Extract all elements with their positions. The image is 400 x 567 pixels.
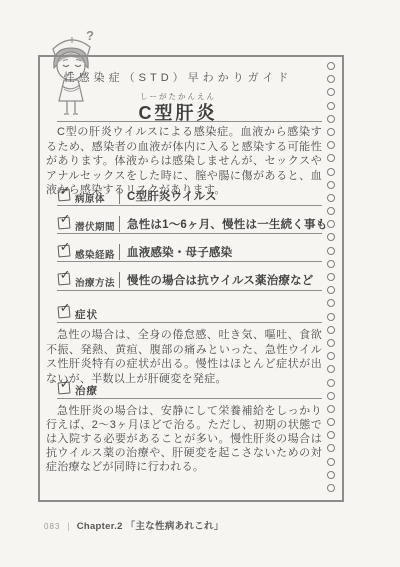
row-divider — [119, 272, 120, 288]
checkbox-icon: ✓ — [57, 305, 70, 318]
binder-hole — [327, 102, 335, 110]
section-treatment-heading: ✓ 治療 — [40, 381, 322, 399]
binder-hole — [327, 471, 335, 479]
binder-hole — [327, 273, 335, 281]
binder-hole — [327, 484, 335, 492]
info-row-value: C型肝炎ウイルス — [127, 188, 217, 204]
binder-hole — [327, 168, 335, 176]
section-heading-label: 症状 — [75, 307, 98, 322]
footer-divider: | — [67, 521, 69, 531]
binder-hole — [327, 405, 335, 413]
checkbox-icon: ✓ — [57, 381, 70, 394]
checkbox-icon: ✓ — [57, 188, 70, 201]
checkbox-icon: ✓ — [57, 272, 70, 285]
info-card-panel: 性感染症（STD）早わかりガイド しーがたかんえん C型肝炎 C型の肝炎ウイルス… — [38, 55, 344, 502]
title-rule — [57, 121, 322, 122]
symptoms-paragraph: 急性の場合は、全身の倦怠感、吐き気、嘔吐、食欲不振、発熱、黄疸、腹部の痛みといっ… — [46, 328, 322, 386]
page-number: 083 — [44, 522, 60, 531]
row-rule — [57, 233, 322, 234]
row-divider — [119, 188, 120, 204]
binder-hole — [327, 418, 335, 426]
info-row-value: 慢性の場合は抗ウイルス薬治療など — [127, 272, 314, 288]
guide-header: 性感染症（STD）早わかりガイド — [40, 69, 316, 85]
binder-hole — [327, 431, 335, 439]
binder-hole — [327, 88, 335, 96]
binder-hole — [327, 181, 335, 189]
binder-hole — [327, 220, 335, 228]
checkbox-icon: ✓ — [57, 244, 70, 257]
info-row-treatment-method: ✓ 治療方法 慢性の場合は抗ウイルス薬治療など — [40, 272, 322, 290]
binder-hole — [327, 207, 335, 215]
binder-hole — [327, 458, 335, 466]
binder-hole — [327, 141, 335, 149]
binder-hole — [327, 286, 335, 294]
binder-hole — [327, 392, 335, 400]
binder-hole — [327, 260, 335, 268]
section-rule — [57, 398, 322, 399]
binder-hole — [327, 339, 335, 347]
section-symptoms-heading: ✓ 症状 — [40, 305, 322, 323]
binder-hole — [327, 154, 335, 162]
info-row-label: 潜伏期間 — [75, 219, 121, 233]
info-row-label: 病原体 — [75, 191, 121, 205]
scanned-book-page: ? 性感染症（STD）早わかりガイド しーがたかんえん C型肝炎 — [0, 0, 400, 567]
binder-hole — [327, 194, 335, 202]
info-row-route: ✓ 感染経路 血液感染・母子感染 — [40, 244, 322, 262]
section-rule — [57, 322, 322, 323]
binder-hole — [327, 313, 335, 321]
binder-hole — [327, 379, 335, 387]
binder-hole — [327, 233, 335, 241]
binder-hole — [327, 128, 335, 136]
binder-hole — [327, 365, 335, 373]
treatment-paragraph: 急性肝炎の場合は、安静にして栄養補給をしっかり行えば、2〜3ヶ月ほどで治る。ただ… — [46, 404, 322, 474]
binder-hole — [327, 247, 335, 255]
page-footer: 083 | Chapter.2 「主な性病あれこれ」 — [44, 518, 224, 532]
info-row-pathogen: ✓ 病原体 C型肝炎ウイルス — [40, 188, 322, 206]
binder-hole — [327, 444, 335, 452]
info-row-value: 血液感染・母子感染 — [127, 244, 232, 260]
binder-hole — [327, 75, 335, 83]
binder-hole — [327, 352, 335, 360]
binder-hole — [327, 326, 335, 334]
binder-hole — [327, 115, 335, 123]
row-rule — [57, 290, 322, 291]
info-row-label: 感染経路 — [75, 247, 121, 261]
section-heading-label: 治療 — [75, 383, 98, 398]
binder-hole — [327, 62, 335, 70]
row-rule — [57, 205, 322, 206]
info-row-incubation: ✓ 潜伏期間 急性は1〜6ヶ月、慢性は一生続く事も — [40, 216, 322, 234]
checkbox-icon: ✓ — [57, 216, 70, 229]
question-mark-icon: ? — [86, 28, 94, 43]
binder-holes — [326, 62, 336, 492]
row-divider — [119, 216, 120, 232]
intro-paragraph: C型の肝炎ウイルスによる感染症。血液から感染するため、感染者の血液が体内に入ると… — [46, 125, 322, 198]
chapter-label: Chapter.2 「主な性病あれこれ」 — [77, 518, 224, 532]
row-rule — [57, 261, 322, 262]
info-row-label: 治療方法 — [75, 275, 121, 289]
info-row-value: 急性は1〜6ヶ月、慢性は一生続く事も — [127, 216, 327, 232]
binder-hole — [327, 299, 335, 307]
row-divider — [119, 244, 120, 260]
